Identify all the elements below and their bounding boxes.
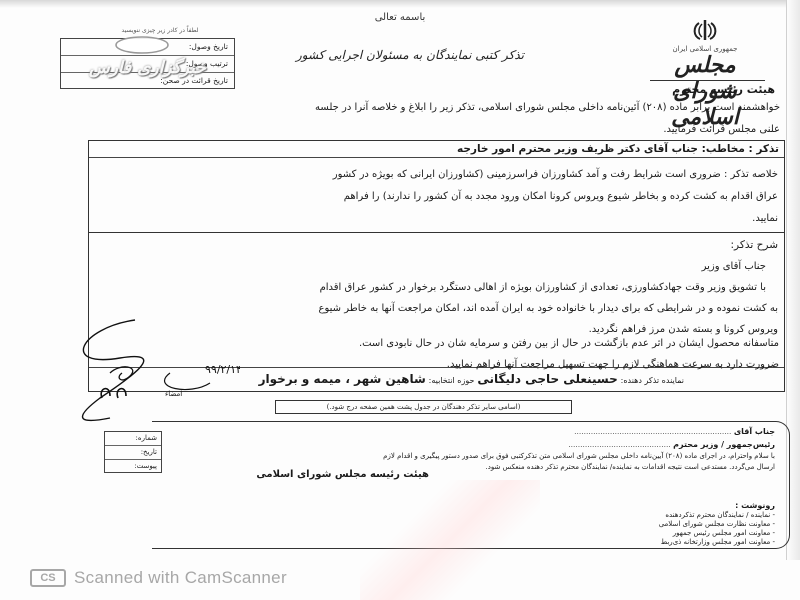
watermark-text: خبرگزاری فارس — [60, 58, 235, 78]
salutation: جناب آقای وزیر — [95, 256, 778, 277]
description-line: با تشویق وزیر وقت جهادکشاورزی، تعدادی از… — [95, 277, 778, 298]
camscanner-logo-icon: CS — [30, 569, 66, 587]
intro-line-2: علنی مجلس قرائت فرمایید. — [90, 124, 780, 135]
ref-number-row: شماره: — [105, 432, 161, 446]
rep-label: نماینده تذکر دهنده: — [621, 376, 684, 385]
other-signers-note: (اسامی سایر تذکر دهندگان در جدول پشت همی… — [275, 400, 572, 414]
svg-text:۹۹/۲/۱۴: ۹۹/۲/۱۴ — [205, 363, 240, 376]
receipt-date-row: تاریخ وصول: — [61, 39, 234, 56]
logo-underline — [650, 80, 765, 81]
form-signer: هیئت رئیسه مجلس شورای اسلامی — [256, 469, 429, 480]
scan-top-shadow — [0, 0, 800, 8]
constituency-label: حوزه انتخابیه: — [429, 376, 475, 385]
description-title: شرح تذکر: — [95, 235, 778, 256]
ref-attachment-row: پیوست: — [105, 460, 161, 474]
summary-line: خلاصه تذکر : ضروری است شرایط رفت و آمد ک… — [95, 164, 778, 186]
summary-line: عراق اقدام به کشت کرده و بخاطر شیوع ویرو… — [95, 186, 778, 208]
board-title: هیئت رئیسه محترم — [615, 83, 775, 96]
description-line: به کشت نموده و در شرایطی که برای دیدار ب… — [95, 298, 778, 319]
cc-item: - معاونت امور مجلس وزارتخانه ذی‌ربط — [661, 538, 775, 546]
reference-box: شماره: تاریخ: پیوست: — [104, 431, 162, 473]
form-to-line: جناب آقای ..............................… — [574, 427, 775, 436]
reception-note: لطفاً در کادر زیر چیزی ننویسید — [100, 27, 220, 34]
camscanner-text: Scanned with CamScanner — [74, 568, 287, 588]
bismillah-text: باسمه تعالی — [330, 12, 470, 23]
form-body-line: با سلام واحترام، در اجرای ماده (۲۰۸) آیی… — [383, 452, 775, 460]
camscanner-footer: CS Scanned with CamScanner — [30, 568, 287, 588]
form-body-line: ارسال می‌گردد. مستدعی است نتیجه اقدامات … — [486, 463, 775, 471]
ref-date-row: تاریخ: — [105, 446, 161, 460]
summary-section: خلاصه تذکر : ضروری است شرایط رفت و آمد ک… — [89, 158, 784, 233]
cc-title: رونوشت : — [735, 501, 775, 510]
summary-line: نمایید. — [95, 208, 778, 230]
addressee-row: تذکر : مخاطب: جناب آقای دکتر ظریف وزیر م… — [89, 141, 784, 158]
cc-item: - معاونت نظارت مجلس شورای اسلامی — [659, 520, 775, 528]
document-heading: تذکر کتبی نمایندگان به مسئولان اجرایی کش… — [270, 48, 550, 62]
scanned-document-page: باسمه تعالی جمهوری اسلامی ایران مجلس شور… — [0, 0, 800, 600]
scan-artifact — [360, 480, 540, 600]
cc-item: - نماینده / نمایندگان محترم تذکردهنده — [665, 511, 775, 519]
form-title-line: رئیس‌جمهور / وزیر محترم ................… — [568, 440, 775, 449]
cc-item: - معاونت امور مجلس رئیس جمهور — [673, 529, 775, 537]
intro-line-1: خواهشمند است برابر ماده (۲۰۸) آئین‌نامه … — [90, 102, 780, 113]
svg-text:امضاء: امضاء — [165, 390, 182, 398]
iran-emblem-icon — [685, 18, 725, 46]
handwritten-signature-icon: ۹۹/۲/۱۴ امضاء — [60, 318, 240, 428]
